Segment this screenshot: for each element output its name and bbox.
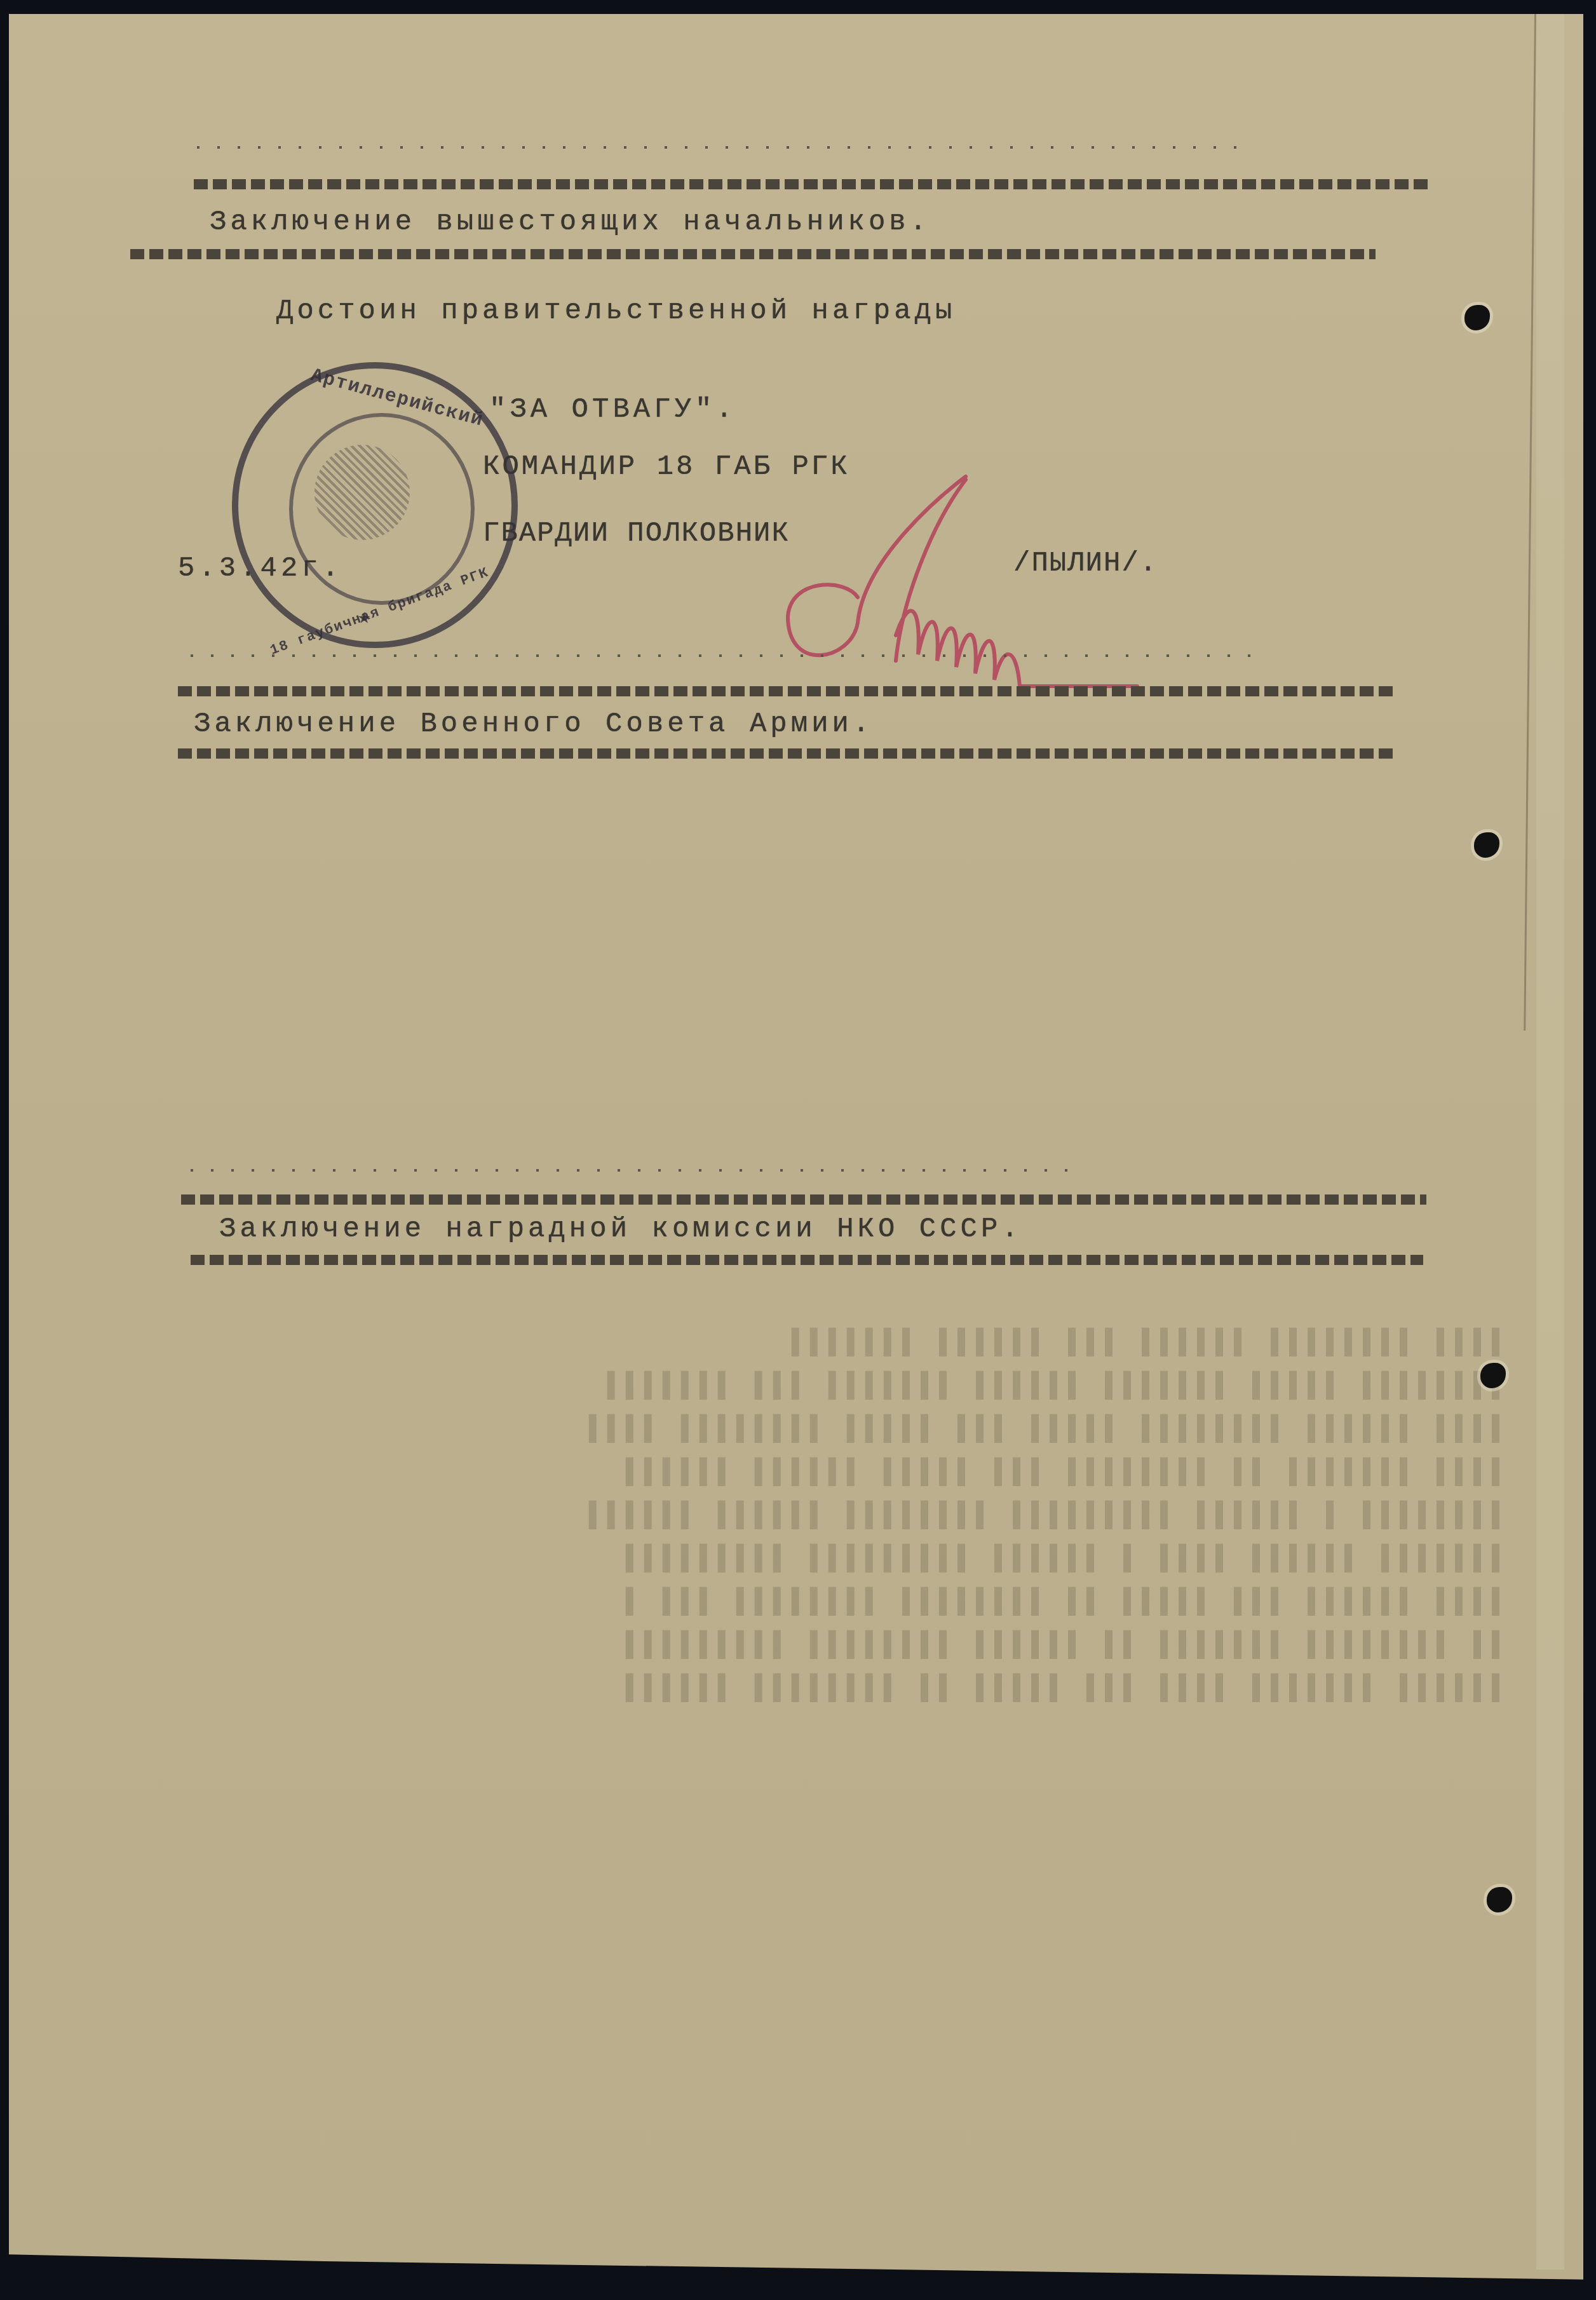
commander-signature: [775, 470, 1169, 699]
award-worthy-line: Достоин правительственной награды: [276, 295, 956, 327]
official-stamp: Артиллерийский 18 гаубичная бригада РГК …: [232, 362, 518, 648]
dotted-line: [197, 146, 1252, 149]
double-rule: [194, 179, 1433, 187]
section-title-superior-commanders: Заключение вышестоящих начальников.: [210, 206, 930, 238]
double-rule: [181, 1194, 1426, 1202]
double-rule: [178, 748, 1398, 756]
stamp-emblem-icon: [314, 445, 410, 540]
double-rule: [191, 1255, 1423, 1262]
stamp-star-icon: ★: [358, 604, 370, 630]
award-name: "ЗА ОТВАГУ".: [489, 394, 736, 426]
signer-rank: ГВАРДИИ ПОЛКОВНИК: [483, 518, 790, 550]
dotted-line: [191, 654, 1258, 657]
page-edge-flap: [1536, 14, 1564, 2270]
dotted-line: [191, 1169, 1080, 1172]
section-title-military-council: Заключение Военного Совета Армии.: [194, 708, 873, 740]
reverse-side-bleed-through: ▌▌▌▌ ▌▌▌▌▌▌▌▌ ▌▌▌▌▌▌ ▌▌▌ ▌▌▌▌▌▌ ▌▌▌▌▌▌▌ …: [38, 1322, 1499, 1710]
double-rule: [178, 686, 1398, 694]
section-title-award-commission: Заключение наградной комиссии НКО СССР.: [219, 1214, 1022, 1245]
double-rule: [130, 249, 1376, 257]
document-page: [9, 14, 1583, 2289]
